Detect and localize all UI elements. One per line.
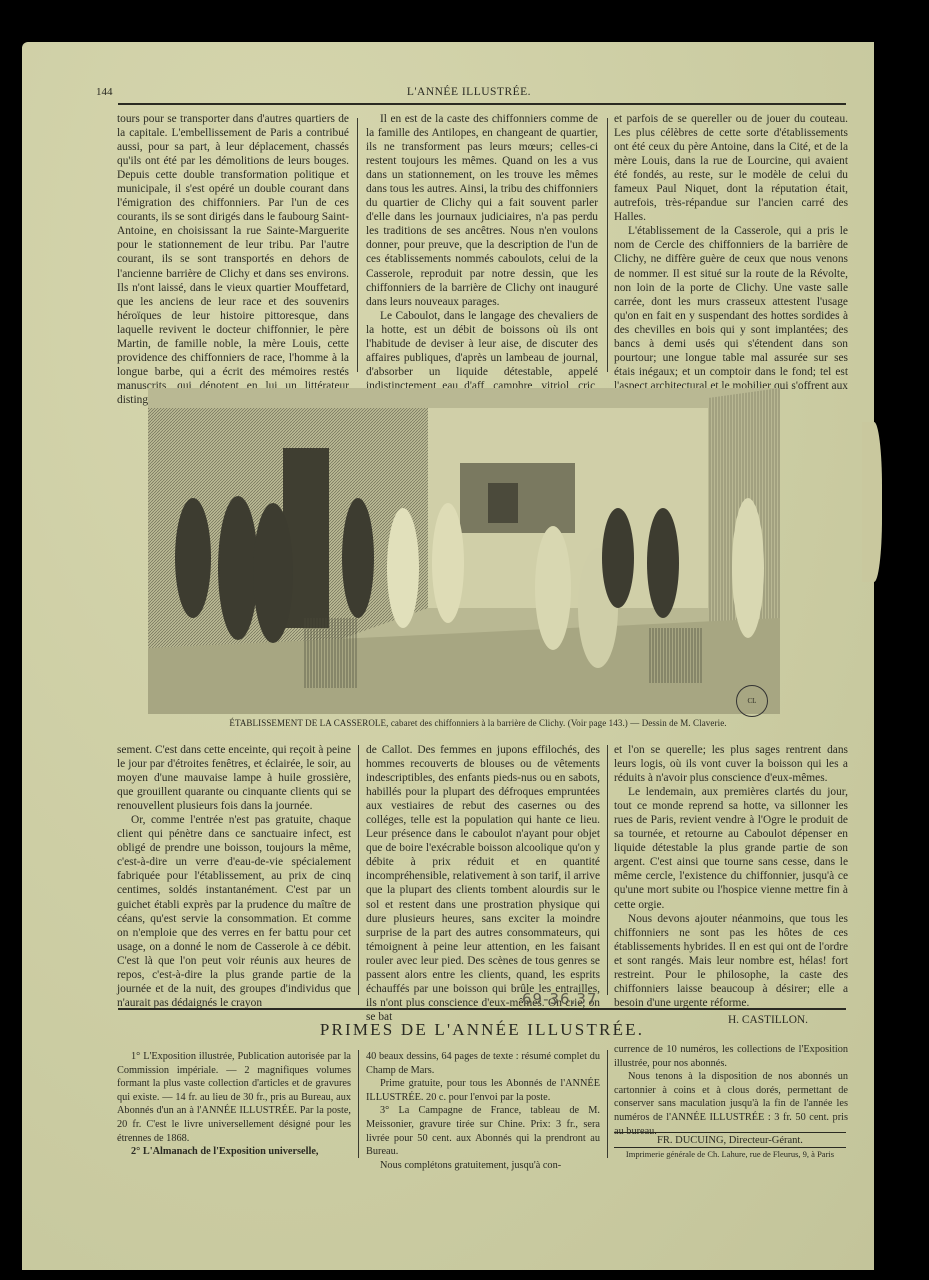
torn-edge [862, 422, 882, 582]
column-divider [607, 1050, 608, 1158]
paragraph: Prime gratuite, pour tous les Abonnés de… [366, 1077, 600, 1104]
paragraph: 3° La Campagne de France, tableau de M. … [366, 1104, 600, 1158]
artist-monogram: CL [736, 685, 768, 717]
paragraph: 2° L'Almanach de l'Exposition universell… [117, 1145, 351, 1159]
paragraph: de Callot. Des femmes en jupons effiloch… [366, 743, 600, 1024]
primes-column-1: 1° L'Exposition illustrée, Publication a… [117, 1050, 351, 1159]
paragraph: L'établissement de la Casserole, qui a p… [614, 224, 848, 407]
paragraph: et l'on se querelle; les plus sages rent… [614, 743, 848, 785]
top-article-column-2: Il en est de la caste des chiffonniers c… [366, 112, 598, 407]
bottom-article-column-3: et l'on se querelle; les plus sages rent… [614, 743, 848, 1027]
paragraph: Il en est de la caste des chiffonniers c… [366, 112, 598, 309]
paragraph: Or, comme l'entrée n'est pas gratuite, c… [117, 813, 351, 1010]
cabaret-scene-graphic [148, 388, 780, 714]
primes-column-2: 40 beaux dessins, 64 pages de texte : ré… [366, 1050, 600, 1172]
paragraph: Nous complétons gratuitement, jusqu'à co… [366, 1159, 600, 1173]
paragraph: currence de 10 numéros, les collections … [614, 1043, 848, 1070]
handwritten-catalog-number: 69-36.37 [522, 990, 597, 1008]
primes-title: PRIMES DE L'ANNÉE ILLUSTRÉE. [118, 1020, 846, 1040]
column-divider [358, 1050, 359, 1158]
paragraph: 1° L'Exposition illustrée, Publication a… [117, 1050, 351, 1145]
paragraph: sement. C'est dans cette enceinte, qui r… [117, 743, 351, 813]
bottom-article-column-1: sement. C'est dans cette enceinte, qui r… [117, 743, 351, 1010]
column-divider [607, 745, 608, 995]
running-head: 144 L'ANNÉE ILLUSTRÉE. [96, 86, 842, 102]
bottom-article-column-2: de Callot. Des femmes en jupons effiloch… [366, 743, 600, 1024]
paragraph: et parfois de se quereller ou de jouer d… [614, 112, 848, 224]
engraving-illustration [148, 388, 780, 714]
column-divider [607, 118, 608, 372]
director-line: FR. DUCUING, Directeur-Gérant. [614, 1132, 846, 1146]
top-article-column-1: tours pour se transporter dans d'autres … [117, 112, 349, 407]
paragraph: Nous tenons à la disposition de nos abon… [614, 1070, 848, 1138]
paragraph: tours pour se transporter dans d'autres … [117, 112, 349, 407]
printer-imprint: Imprimerie générale de Ch. Lahure, rue d… [614, 1147, 846, 1159]
journal-title: L'ANNÉE ILLUSTRÉE. [96, 86, 842, 98]
paragraph: 40 beaux dessins, 64 pages de texte : ré… [366, 1050, 600, 1077]
paragraph: Nous devons ajouter néanmoins, que tous … [614, 912, 848, 1010]
primes-column-3: currence de 10 numéros, les collections … [614, 1043, 848, 1138]
header-rule [118, 103, 846, 105]
section-rule [118, 1008, 846, 1010]
paragraph: Le lendemain, aux premières clartés du j… [614, 785, 848, 911]
illustration-caption: ÉTABLISSEMENT DE LA CASSEROLE, cabaret d… [148, 718, 808, 728]
column-divider [358, 745, 359, 995]
top-article-column-3: et parfois de se quereller ou de jouer d… [614, 112, 848, 407]
column-divider [357, 118, 358, 372]
